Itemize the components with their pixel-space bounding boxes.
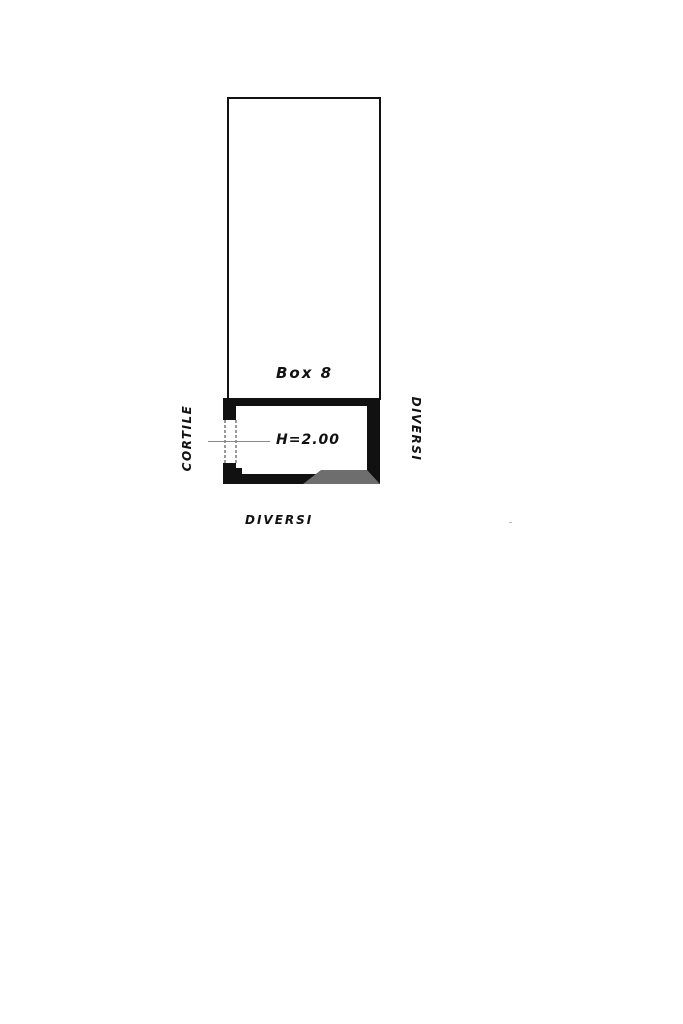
scan-speck (509, 522, 512, 523)
ceiling-height-label: H=2.00 (276, 432, 340, 448)
upper-room-outline (227, 97, 381, 400)
room-label-box-8: Box 8 (276, 364, 333, 382)
floor-plan: Box 8 H=2.00 CORTILE DIVERSI DIVERSI (0, 0, 683, 1024)
side-label-diversi-right: DIVERSI (409, 394, 423, 464)
side-label-cortile: CORTILE (180, 403, 194, 473)
side-label-diversi-bottom: DIVERSI (245, 513, 313, 527)
door-axis-line (208, 441, 270, 442)
